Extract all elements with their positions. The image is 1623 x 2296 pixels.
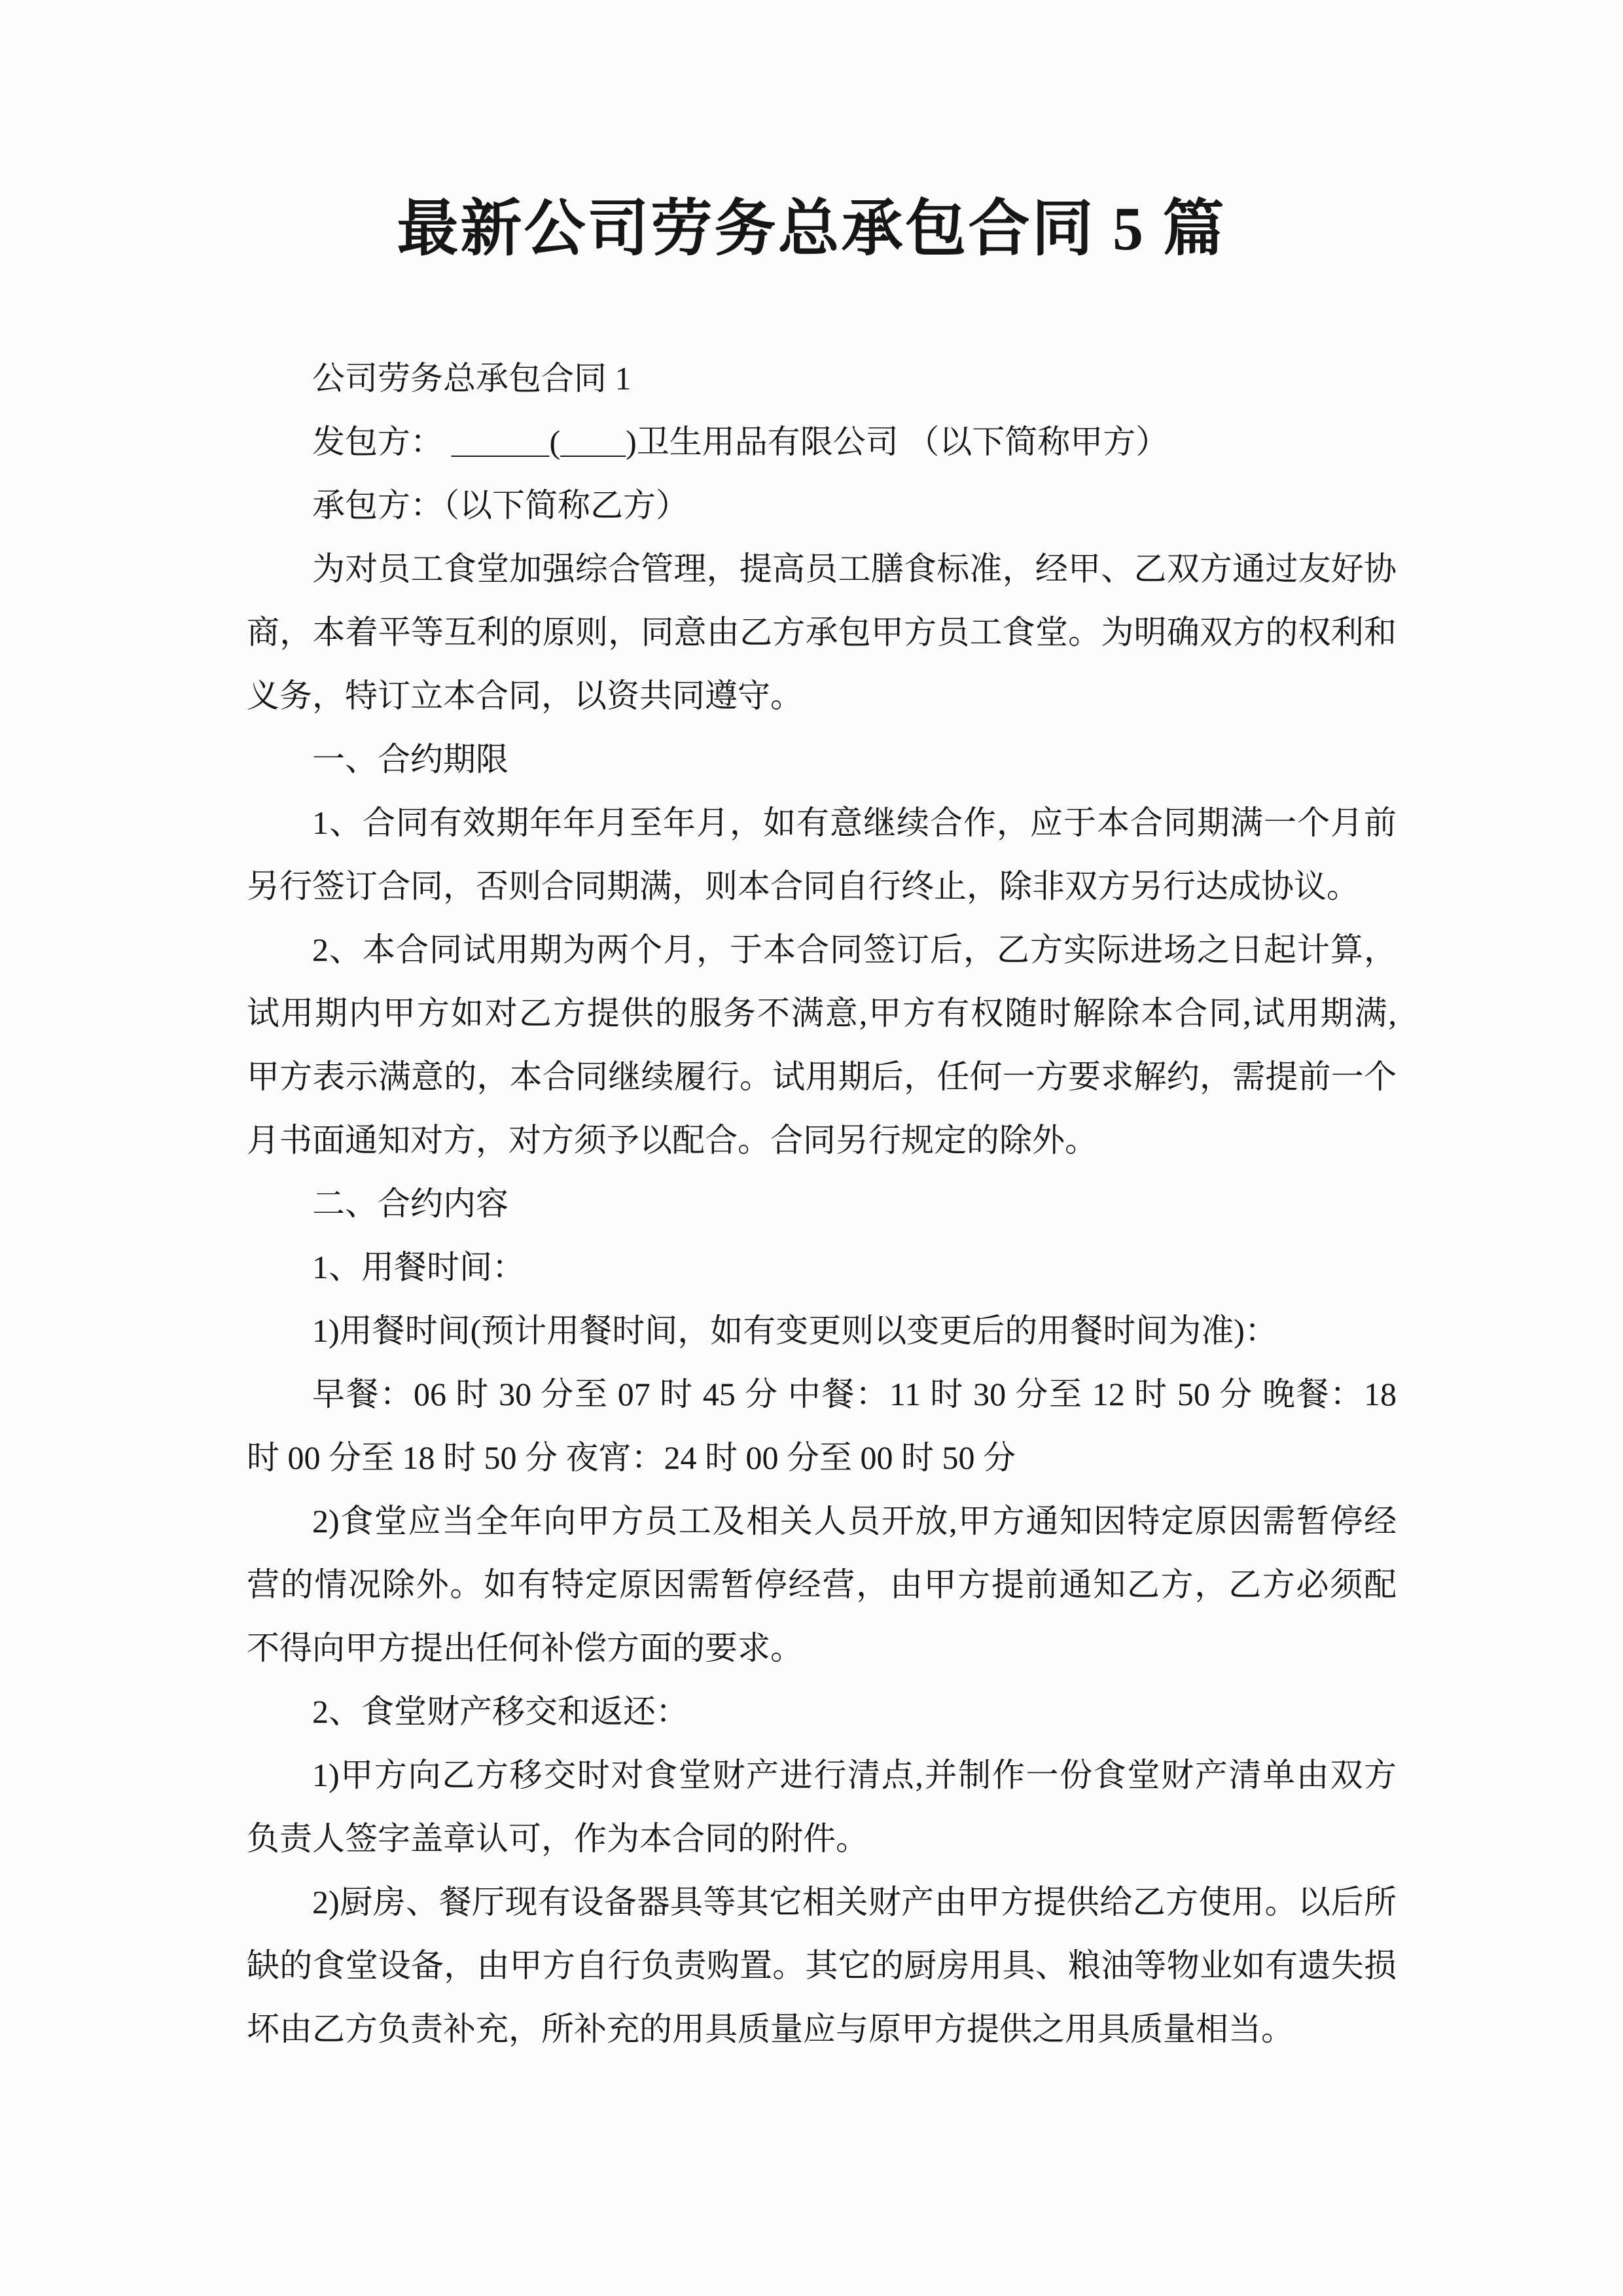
text-line: 负责人签字盖章认可，作为本合同的附件。	[247, 1807, 1397, 1871]
text-line: 二、合约内容	[247, 1172, 1397, 1236]
text-line: 时 00 分至 18 时 50 分 夜宵：24 时 00 分至 00 时 50 …	[247, 1426, 1397, 1490]
document-page: 最新公司劳务总承包合同 5 篇 公司劳务总承包合同 1发包方： ＿＿＿(＿＿)卫…	[0, 0, 1623, 2296]
text-line: 2、食堂财产移交和返还：	[247, 1680, 1397, 1744]
text-line: 月书面通知对方，对方须予以配合。合同另行规定的除外。	[247, 1109, 1397, 1172]
text-line: 1)用餐时间(预计用餐时间，如有变更则以变更后的用餐时间为准)：	[247, 1299, 1397, 1363]
document-title: 最新公司劳务总承包合同 5 篇	[0, 188, 1623, 270]
text-line: 1)甲方向乙方移交时对食堂财产进行清点,并制作一份食堂财产清单由双方	[247, 1744, 1397, 1807]
text-line: 2)食堂应当全年向甲方员工及相关人员开放,甲方通知因特定原因需暂停经	[247, 1490, 1397, 1553]
page-content: 公司劳务总承包合同 1发包方： ＿＿＿(＿＿)卫生用品有限公司 （以下简称甲方）…	[247, 347, 1397, 2061]
text-line: 发包方： ＿＿＿(＿＿)卫生用品有限公司 （以下简称甲方）	[247, 410, 1397, 474]
text-line: 承包方：（以下简称乙方）	[247, 474, 1397, 537]
text-line: 试用期内甲方如对乙方提供的服务不满意,甲方有权随时解除本合同,试用期满,	[247, 982, 1397, 1045]
text-line: 2)厨房、餐厅现有设备器具等其它相关财产由甲方提供给乙方使用。以后所	[247, 1871, 1397, 1934]
text-line: 2、本合同试用期为两个月，于本合同签订后，乙方实际进场之日起计算，	[247, 918, 1397, 982]
text-line: 1、用餐时间：	[247, 1236, 1397, 1299]
text-line: 另行签订合同，否则合同期满，则本合同自行终止，除非双方另行达成协议。	[247, 855, 1397, 918]
text-line: 甲方表示满意的，本合同继续履行。试用期后，任何一方要求解约，需提前一个	[247, 1045, 1397, 1109]
text-line: 营的情况除外。如有特定原因需暂停经营，由甲方提前通知乙方，乙方必须配合，	[247, 1553, 1397, 1617]
text-line: 缺的食堂设备，由甲方自行负责购置。其它的厨房用具、粮油等物业如有遗失损	[247, 1934, 1397, 1998]
text-line: 1、合同有效期年年月至年月，如有意继续合作，应于本合同期满一个月前	[247, 791, 1397, 855]
text-line: 坏由乙方负责补充，所补充的用具质量应与原甲方提供之用具质量相当。	[247, 1998, 1397, 2061]
text-line: 为对员工食堂加强综合管理，提高员工膳食标准，经甲、乙双方通过友好协	[247, 537, 1397, 601]
text-line: 不得向甲方提出任何补偿方面的要求。	[247, 1617, 1397, 1680]
text-line: 一、合约期限	[247, 728, 1397, 791]
text-line: 早餐：06 时 30 分至 07 时 45 分 中餐：11 时 30 分至 12…	[247, 1363, 1397, 1426]
text-line: 义务，特订立本合同，以资共同遵守。	[247, 664, 1397, 728]
text-line: 商，本着平等互利的原则，同意由乙方承包甲方员工食堂。为明确双方的权利和	[247, 601, 1397, 664]
text-line: 公司劳务总承包合同 1	[247, 347, 1397, 410]
